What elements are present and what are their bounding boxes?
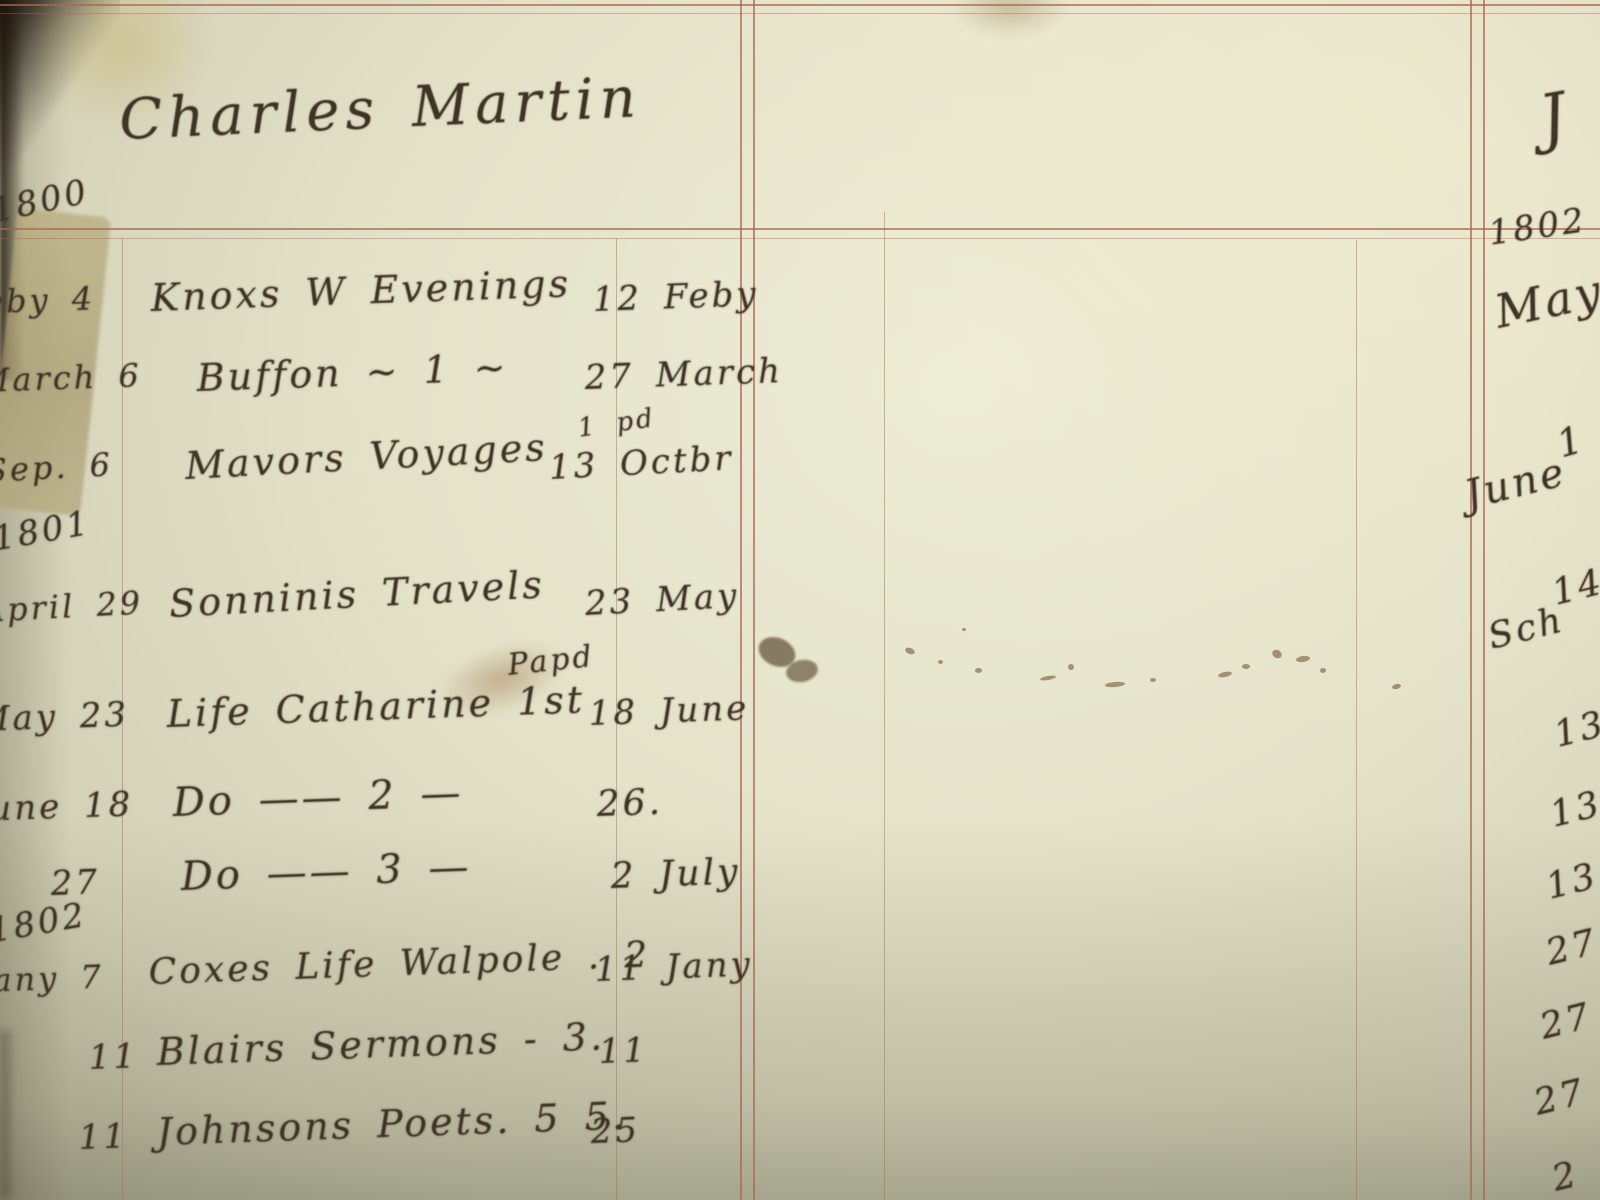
right-column-fragment: 13: [1542, 855, 1600, 907]
entry-return-date: 18 June: [588, 688, 750, 734]
entry-book-title: Mavors Voyages: [184, 425, 549, 488]
paid-note: Papd: [506, 639, 596, 683]
margin-year: 1802: [0, 895, 90, 952]
right-column-fragment: 13: [1550, 703, 1600, 755]
entry-book-title: Sonninis Travels: [168, 562, 546, 626]
ledger-photo: Charles Martin J 1800Feby 4Knoxs W Eveni…: [0, 0, 1600, 1200]
entry-borrow-date: Feby 4: [0, 279, 96, 322]
right-column-fragment: 2: [1548, 1154, 1583, 1200]
foxing-speck: [938, 660, 943, 664]
right-column-fragment: June: [1460, 449, 1571, 519]
right-column-fragment: May: [1490, 263, 1600, 339]
handwriting-layer: Charles Martin J 1800Feby 4Knoxs W Eveni…: [0, 0, 1600, 1200]
entry-return-date: 23 May: [584, 576, 740, 624]
entry-borrow-date: May 23: [0, 695, 130, 740]
right-column-fragment: 27: [1530, 1071, 1590, 1123]
entry-return-date: 25: [590, 1110, 641, 1152]
entry-borrow-date: 11: [88, 1036, 139, 1078]
foxing-speck: [1242, 664, 1250, 669]
foxing-speck: [1320, 668, 1326, 673]
entry-book-title: Do —— 2 —: [172, 770, 464, 826]
entry-book-title: Buffon ~ 1 ~: [196, 345, 509, 400]
right-column-fragment: 1802: [1486, 200, 1589, 253]
right-column-fragment: 27: [1536, 995, 1596, 1047]
right-column-fragment: 27: [1542, 921, 1600, 973]
foxing-speck: [975, 668, 982, 673]
entry-return-date: 13 Octbr: [548, 438, 735, 488]
entry-borrow-date: March 6: [0, 356, 142, 400]
entry-book-title: Johnsons Poets. 5 5.: [156, 1094, 628, 1154]
entry-return-date: 12 Feby: [592, 274, 759, 320]
entry-book-title: Do —— 3 —: [180, 844, 472, 900]
foxing-speck: [1068, 664, 1074, 670]
right-column-fragment: Sch: [1484, 599, 1569, 657]
margin-year: 1800: [0, 172, 93, 232]
entry-return-date: 27 March: [584, 351, 784, 398]
entry-book-title: Blairs Sermons - 3.: [156, 1014, 606, 1074]
paid-note: 1 pd: [576, 403, 658, 444]
entry-borrow-date: June 18: [0, 784, 134, 830]
corner-fragment: J: [1534, 79, 1575, 157]
entry-return-date: 11: [598, 1030, 649, 1072]
margin-year: 1801: [0, 503, 94, 560]
entry-return-date: 11 Jany: [594, 944, 753, 989]
foxing-speck: [1150, 678, 1156, 682]
right-column-fragment: 13: [1546, 783, 1600, 835]
entry-book-title: Coxes Life Walpole . 2: [148, 934, 651, 992]
entry-borrow-date: Sep. 6: [0, 445, 114, 490]
entry-borrow-date: 11: [78, 1116, 129, 1158]
entry-book-title: Knoxs W Evenings: [150, 261, 572, 320]
entry-book-title: Life Catharine 1st: [166, 677, 586, 736]
entry-borrow-date: April 29: [0, 584, 144, 630]
entry-return-date: 26.: [596, 782, 664, 825]
entry-return-date: 2 July: [610, 851, 741, 897]
borrower-name: Charles Martin: [118, 65, 643, 153]
foxing-speck: [962, 628, 966, 631]
entry-borrow-date: Jany 7: [0, 958, 104, 1000]
